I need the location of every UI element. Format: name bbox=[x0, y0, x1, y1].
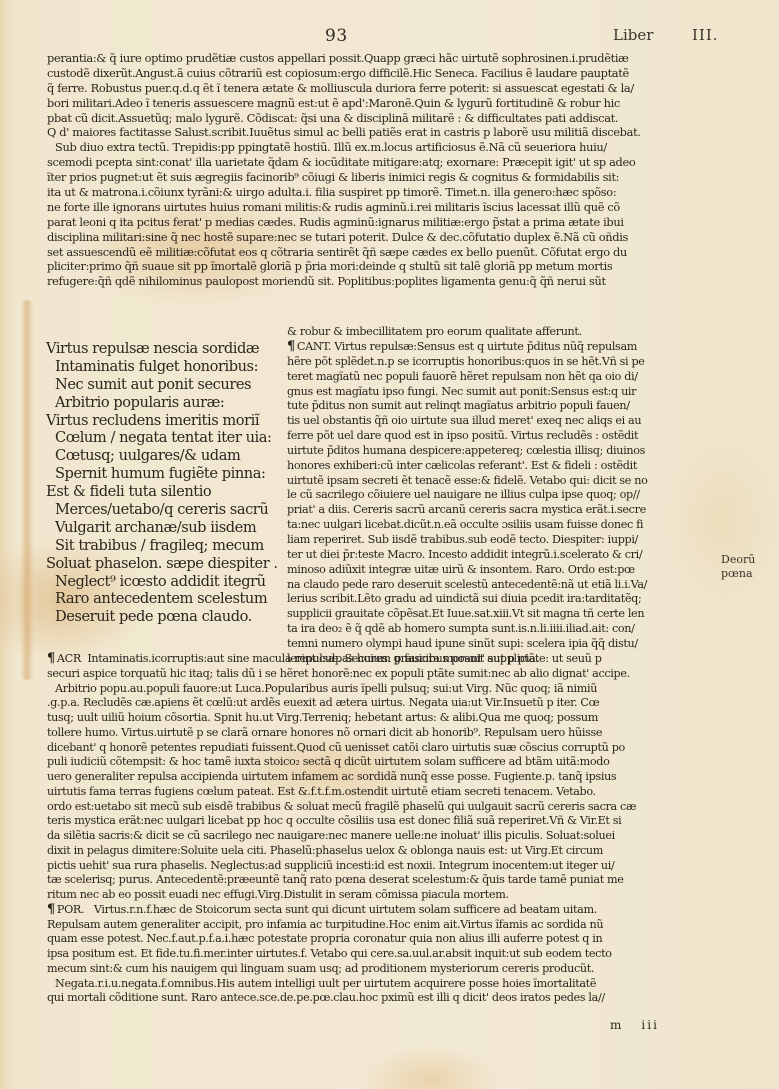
commentator-marker: CANT. bbox=[297, 340, 331, 353]
commentary-line: ne forte ille ignorans uirtutes huius ro… bbox=[47, 200, 695, 215]
commentator-marker: ACR bbox=[57, 652, 81, 665]
marginal-note-line: Deorũ bbox=[721, 553, 755, 567]
page-header: 93 Liber III. bbox=[0, 26, 779, 50]
commentary-line: hẽre põt splẽdet.n.p se icorruptis honor… bbox=[287, 355, 717, 370]
commentary-line: teris mystica erãt:nec uulgari licebat p… bbox=[47, 814, 697, 829]
commentary-line: mecum sint:& cum his nauigem qui linguam… bbox=[47, 962, 697, 977]
signature-mark: miii bbox=[610, 1018, 677, 1032]
commentary-line: ¶POR. Virtus.r.n.f.hæc de Stoicorum sect… bbox=[47, 903, 697, 918]
commentary-line: pliciter:primo q̃ñ suaue sit pp ĩmortalẽ… bbox=[47, 259, 695, 274]
commentary-line: temni numero olympi haud ipune sinũt sup… bbox=[287, 637, 717, 652]
commentary-line: tis uel obstantis q̃ñ oio uirtute sua il… bbox=[287, 414, 717, 429]
commentary-line: lerius scribit.Lẽto gradu ad uindictã su… bbox=[287, 592, 717, 607]
commentary-line: teret magĩatũ nec populi fauorẽ hẽret re… bbox=[287, 370, 717, 385]
commentary-line: uirtutẽ ipsam secreti ẽt tenacẽ esse:& f… bbox=[287, 474, 717, 489]
marginal-note: Deorũ pœna bbox=[721, 553, 755, 581]
commentary-line: Q d' maiores factitasse Salust.scribit.I… bbox=[47, 125, 695, 140]
signature-leaf: iii bbox=[641, 1018, 659, 1032]
verse-line: Virtus repulsæ nescia sordidæ bbox=[46, 340, 282, 358]
commentary-line: custodẽ dixerũt.Angust.ã cuius cõtrariũ … bbox=[47, 66, 695, 81]
commentary-line: ipsa positum est. Et fide.tu.fi.mer.inte… bbox=[47, 947, 697, 962]
acr-por-commentary: ¶ACR Intaminatis.icorruptis:aut sine mac… bbox=[47, 652, 697, 1006]
commentary-line: ferre põt uel dare quod est in ipso posi… bbox=[287, 429, 717, 444]
commentary-line: ĩter prios pugnet:ut ẽt suis ægregiis fa… bbox=[47, 170, 695, 185]
commentary-line: ordo est:uetabo sit mecũ sub eisdẽ trabi… bbox=[47, 800, 697, 815]
commentary-line: pictis uehit' sua rura phaselis. Neglect… bbox=[47, 859, 697, 874]
commentary-line: supplicii grauitate cõpẽsat.Et Iuue.sat.… bbox=[287, 607, 717, 622]
commentary-text: Virtus.r.n.f.hæc de Stoicorum secta sunt… bbox=[94, 903, 597, 916]
commentary-line: set assuescendũ eẽ militiæ:cõfutat eos q… bbox=[47, 245, 695, 260]
commentary-line: parat leoni q ita pcitus ferat' p medias… bbox=[47, 215, 695, 230]
commentator-marker: POR. bbox=[57, 903, 84, 916]
poem-text: Virtus repulsæ nescia sordidæ Intaminati… bbox=[46, 340, 282, 626]
pilcrow-icon: ¶ bbox=[47, 652, 55, 666]
water-stain bbox=[20, 300, 34, 680]
commentary-line: da silẽtia sacris:& dicit se cũ sacrileg… bbox=[47, 829, 697, 844]
commentary-line: minoso adiũxit integræ uitæ uirũ & inson… bbox=[287, 563, 717, 578]
commentary-line: qui mortali cõditione sunt. Raro antece.… bbox=[47, 991, 697, 1006]
signature-gathering: m bbox=[610, 1018, 623, 1032]
commentary-line: ritum nec ab eo possit euadi nec effugi.… bbox=[47, 888, 697, 903]
commentary-line: uirtute p̃ditos humana despicere:appeter… bbox=[287, 444, 717, 459]
commentary-line: Arbitrio popu.au.populi fauore:ut Luca.P… bbox=[47, 682, 697, 697]
verse-line: Merces/uetabo/q cereris sacrũ bbox=[46, 501, 282, 519]
verse-line: Soluat phaselon. sæpe diespiter . bbox=[46, 555, 282, 573]
book-number: III. bbox=[692, 26, 719, 44]
verse-line: Neglect⁹ icœsto addidit itegrũ bbox=[46, 573, 282, 591]
commentary-line: tollere humo. Virtus.uirtutẽ p se clarã … bbox=[47, 726, 697, 741]
commentary-line: liam reperiret. Sub iisdẽ trabibus.sub e… bbox=[287, 533, 717, 548]
commentary-line: scemodi pcepta sint:conat' illa uarietat… bbox=[47, 155, 695, 170]
cant-commentary: ¶CANT. Virtus repulsæ:Sensus est q uirtu… bbox=[287, 340, 717, 667]
verse-line: Cœtusq; uulgares/& udam bbox=[46, 447, 282, 465]
commentary-line: disciplina militari:sine q̃ nec hostẽ su… bbox=[47, 230, 695, 245]
commentary-line: ¶ACR Intaminatis.icorruptis:aut sine mac… bbox=[47, 652, 697, 667]
commentary-line: ¶CANT. Virtus repulsæ:Sensus est q uirtu… bbox=[287, 340, 717, 355]
pilcrow-icon: ¶ bbox=[287, 340, 295, 354]
marginal-note-line: pœna bbox=[721, 567, 755, 581]
verse-line: Vulgarit archanæ/sub iisdem bbox=[46, 519, 282, 537]
verse-line: Virtus recludens imeritis moriĩ bbox=[46, 412, 282, 430]
folio-number: 93 bbox=[325, 26, 348, 46]
commentary-line: ter ut diei p̃r:teste Macro. Incesto add… bbox=[287, 548, 717, 563]
verse-line: Spernit humum fugiẽte pinna: bbox=[46, 465, 282, 483]
commentary-line: priat' a diis. Cereris sacrũ arcanũ cere… bbox=[287, 503, 717, 518]
commentary-line: uirtutis fama terras fugiens cœlum patea… bbox=[47, 785, 697, 800]
commentary-line: dixit in pelagus dimitere:Soluite uela c… bbox=[47, 844, 697, 859]
top-commentary: perantia:& q̃ iure optimo prudẽtiæ custo… bbox=[47, 51, 695, 289]
commentary-line: dicebant' q honorẽ petentes repudiati fu… bbox=[47, 741, 697, 756]
verse-line: Intaminatis fulget honoribus: bbox=[46, 358, 282, 376]
commentary-line: ta:nec uulgari licebat.dicũt.n.eã occult… bbox=[287, 518, 717, 533]
verse-line: Est & fideli tuta silentio bbox=[46, 483, 282, 501]
commentary-line: Repulsam autem generaliter accipit, pro … bbox=[47, 918, 697, 933]
commentary-line: securi aspice torquatũ hic itaq; talis d… bbox=[47, 667, 697, 682]
verse-line: Arbitrio popularis auræ: bbox=[46, 394, 282, 412]
commentary-line: puli iudiciũ cõtempsit: & hoc tamẽ iuxta… bbox=[47, 755, 697, 770]
commentary-line: Negata.r.i.u.negata.f.omnibus.His autem … bbox=[47, 977, 697, 992]
verse-line: Sit trabibus / fragileq; mecum bbox=[46, 537, 282, 555]
commentary-line: bori militari.Adeo ĩ teneris assuescere … bbox=[47, 96, 695, 111]
commentary-line: perantia:& q̃ iure optimo prudẽtiæ custo… bbox=[47, 51, 695, 66]
commentary-line: ta ira deo₂ ẽ q̃ qdẽ ab homero sumpta su… bbox=[287, 622, 717, 637]
commentary-continuation: & robur & imbecillitatem pro eorum quali… bbox=[287, 325, 707, 340]
commentary-line: & robur & imbecillitatem pro eorum quali… bbox=[287, 325, 707, 340]
commentary-line: quam esse potest. Nec.f.aut.p.f.a.i.hæc … bbox=[47, 932, 697, 947]
commentary-line: le cũ sacrilego cõiuiere uel nauigare ne… bbox=[287, 488, 717, 503]
pilcrow-icon: ¶ bbox=[47, 903, 55, 917]
verse-line: Deseruit pede pœna claudo. bbox=[46, 608, 282, 626]
commentary-line: ita ut & matrona.i.cõiunx tyrãni:& uirgo… bbox=[47, 185, 695, 200]
verse-line: Raro antecedentem scelestum bbox=[46, 590, 282, 608]
scanned-page: 93 Liber III. perantia:& q̃ iure optimo … bbox=[0, 0, 779, 1089]
commentary-line: pbat cũ dicit.Assuetũq; malo lygurẽ. Cõd… bbox=[47, 111, 695, 126]
verse-line: Cœlum / negata tentat iter uia: bbox=[46, 429, 282, 447]
commentary-line: gnus est magĩatu ipso fungi. Nec sumit a… bbox=[287, 385, 717, 400]
commentary-line: refugere:q̃ñ qdẽ nihilominus paulopost m… bbox=[47, 274, 695, 289]
commentary-line: .g.p.a. Recludẽs cæ.apiens ẽt cœlũ:ut ar… bbox=[47, 696, 697, 711]
commentary-line: tute p̃ditus non sumit aut relinqt magĩa… bbox=[287, 399, 717, 414]
commentary-text: Intaminatis.icorruptis:aut sine macula r… bbox=[87, 652, 601, 665]
commentary-line: na claudo pede raro deseruit scelestũ an… bbox=[287, 578, 717, 593]
commentary-line: tæ scelerisq; purus. Antecedentẽ:præeunt… bbox=[47, 873, 697, 888]
commentary-line: honores exhiberi:cũ inter cælicolas refe… bbox=[287, 459, 717, 474]
commentary-text: Virtus repulsæ:Sensus est q uirtute p̃di… bbox=[334, 340, 637, 353]
commentary-line: q̃ ferre. Robustus puer.q.d.q ẽt ĩ tener… bbox=[47, 81, 695, 96]
commentary-line: Sub diuo extra tectũ. Trepidis:pp ppingt… bbox=[47, 140, 695, 155]
running-head: Liber bbox=[613, 26, 653, 44]
verse-line: Nec sumit aut ponit secures bbox=[46, 376, 282, 394]
commentary-line: tusq; uult uiliũ hoium cõsortia. Spnit h… bbox=[47, 711, 697, 726]
commentary-line: uero generaliter repulsa accipienda uirt… bbox=[47, 770, 697, 785]
